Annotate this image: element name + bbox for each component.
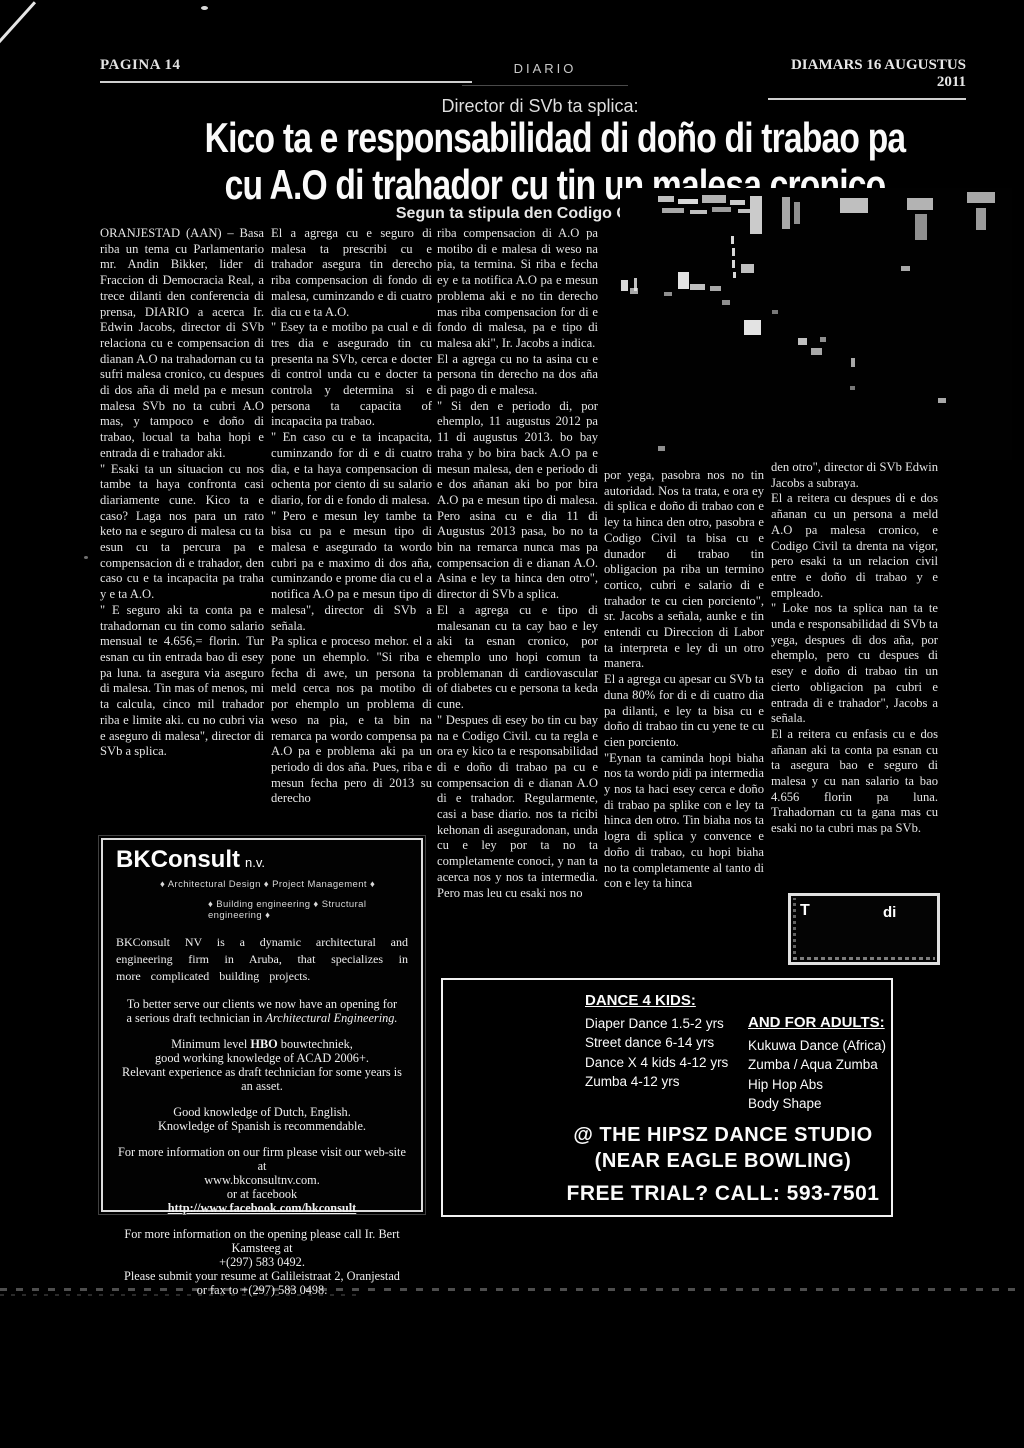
- bk-contact-line1: For more information on the opening plea…: [116, 1227, 408, 1255]
- bk-ad-body: To better serve our clients we now have …: [116, 997, 408, 1297]
- paper-name: DIARIO: [462, 61, 628, 86]
- dance-studio-line2: (NEAR EAGLE BOWLING): [563, 1148, 883, 1174]
- partial-ad-text-left: T: [800, 902, 810, 920]
- bk-req-line1: Minimum level HBO bouwtechniek,: [116, 1037, 408, 1051]
- bk-lang-line1: Good knowledge of Dutch, English.: [116, 1105, 408, 1119]
- article-column-4: por yega, pasobra nos no tin autoridad. …: [604, 468, 764, 892]
- bk-opening-line2-prefix: a serious draft technician in: [126, 1011, 265, 1025]
- paragraph: " Esey ta e motibo pa cual e di tres dia…: [271, 320, 432, 430]
- article-column-5: den otro", director di SVb Edwin Jacobs …: [771, 460, 938, 837]
- dance-kids-title: DANCE 4 KIDS:: [585, 992, 728, 1009]
- paragraph: por yega, pasobra nos no tin autoridad. …: [604, 468, 764, 672]
- headline-line1: Kico ta e responsabilidad di doño di tra…: [111, 114, 999, 161]
- bk-phone-number: +(297) 583 0492.: [116, 1255, 408, 1269]
- bk-services-line2: ♦ Building engineering ♦ Structural engi…: [208, 899, 408, 921]
- dance-kids-item: Dance X 4 kids 4-12 yrs: [585, 1053, 728, 1072]
- scan-dot: [201, 6, 208, 10]
- paragraph: " Despues di esey bo tin cu bay na e Cod…: [437, 713, 598, 901]
- bk-opening-line1: To better serve our clients we now have …: [116, 997, 408, 1011]
- bk-web-block: For more information on our firm please …: [116, 1145, 408, 1215]
- paragraph: " Loke nos ta splica nan ta te unda e re…: [771, 601, 938, 727]
- bk-services-line1: ♦ Architectural Design ♦ Project Managem…: [160, 879, 408, 890]
- news-photo: [620, 188, 1012, 460]
- bk-company-suffix: n.v.: [245, 855, 265, 870]
- dance-adults-item: Zumba / Aqua Zumba: [748, 1055, 886, 1074]
- paragraph: El a agrega cu apesar cu SVb ta duna 80%…: [604, 672, 764, 751]
- dance-kids-section: DANCE 4 KIDS: Diaper Dance 1.5-2 yrs Str…: [585, 992, 728, 1091]
- paragraph: " Pero e mesun ley tambe ta bisa cu pa e…: [271, 509, 432, 635]
- paragraph: El a reitera cu enfasis cu e dos añanan …: [771, 727, 938, 837]
- partial-ad-box: T di: [788, 893, 940, 965]
- dance-kids-item: Zumba 4-12 yrs: [585, 1072, 728, 1091]
- newspaper-page: PAGINA 14 DIARIO DIAMARS 16 AUGUSTUS 201…: [0, 0, 1024, 1448]
- bk-requirements-block: Minimum level HBO bouwtechniek, good wor…: [116, 1037, 408, 1093]
- bk-language-block: Good knowledge of Dutch, English. Knowle…: [116, 1105, 408, 1133]
- photo-speckle-art: [620, 188, 1012, 460]
- bk-req-line3: Relevant experience as draft technician …: [116, 1065, 408, 1093]
- dance-adults-item: Hip Hop Abs: [748, 1075, 886, 1094]
- bk-contact-line2: Please submit your resume at Galileistra…: [116, 1269, 408, 1283]
- paragraph: El a agrega cu e tipo di malesanan cu ta…: [437, 603, 598, 713]
- paragraph: El a agrega cu e seguro di malesa ta pre…: [271, 226, 432, 320]
- bk-company-name-row: BKConsultn.v.: [116, 846, 408, 874]
- dance-adults-section: AND FOR ADULTS: Kukuwa Dance (Africa) Zu…: [748, 1014, 886, 1113]
- paragraph: den otro", director di SVb Edwin Jacobs …: [771, 460, 938, 491]
- dance-studio-block: @ THE HIPSZ DANCE STUDIO (NEAR EAGLE BOW…: [563, 1122, 883, 1206]
- dance-adults-item: Body Shape: [748, 1094, 886, 1113]
- paragraph: El a reitera cu despues di e dos añanan …: [771, 491, 938, 601]
- dance-kids-item: Diaper Dance 1.5-2 yrs: [585, 1014, 728, 1033]
- bk-lang-line2: Knowledge of Spanish is recommendable.: [116, 1119, 408, 1133]
- article-column-1: ORANJESTAD (AAN) – Basa riba un tema cu …: [100, 226, 264, 760]
- scan-dot: [84, 556, 88, 559]
- bk-opening-line2-italic: Architectural Engineering.: [265, 1011, 397, 1025]
- dance-cta-line: FREE TRIAL? CALL: 593-7501: [563, 1182, 883, 1206]
- issue-date: DIAMARS 16 AUGUSTUS 2011: [768, 57, 966, 100]
- partial-ad-noise: [793, 957, 935, 960]
- dance-studio-ad: DANCE 4 KIDS: Diaper Dance 1.5-2 yrs Str…: [441, 978, 893, 1217]
- bk-website-url: www.bkconsultnv.com.: [116, 1173, 408, 1187]
- article-column-3: riba compensacion di A.O pa motibo di e …: [437, 226, 598, 901]
- bk-req1-bold: HBO: [250, 1037, 277, 1051]
- paragraph: " Esaki ta un situacion cu nos tambe ta …: [100, 462, 264, 603]
- bk-facebook-url: http://www.facebook.com/bkconsult: [116, 1201, 408, 1215]
- bk-info-line1: For more information on our firm please …: [116, 1145, 408, 1173]
- article-column-2: El a agrega cu e seguro di malesa ta pre…: [271, 226, 432, 807]
- bk-opening-line2: a serious draft technician in Architectu…: [116, 1011, 408, 1025]
- paragraph: " En caso cu e ta incapacita, cuminzando…: [271, 430, 432, 509]
- bk-req1-suffix: bouwtechniek,: [278, 1037, 353, 1051]
- partial-ad-noise: [793, 898, 796, 960]
- bk-company-name: BKConsult: [116, 846, 240, 873]
- paragraph: " E seguro aki ta conta pa e trahadornan…: [100, 603, 264, 760]
- page-number: PAGINA 14: [100, 57, 472, 83]
- paragraph: riba compensacion di A.O pa motibo di e …: [437, 226, 598, 352]
- bk-opening-block: To better serve our clients we now have …: [116, 997, 408, 1025]
- bk-about-text: BKConsult NV is a dynamic architectural …: [116, 934, 408, 985]
- dance-adults-title: AND FOR ADULTS:: [748, 1014, 886, 1031]
- dance-adults-item: Kukuwa Dance (Africa): [748, 1036, 886, 1055]
- paragraph: ORANJESTAD (AAN) – Basa riba un tema cu …: [100, 226, 264, 462]
- partial-ad-text-right: di: [883, 904, 896, 921]
- dance-studio-line1: @ THE HIPSZ DANCE STUDIO: [563, 1122, 883, 1148]
- bk-req1-prefix: Minimum level: [171, 1037, 250, 1051]
- scan-scratch: [0, 1, 36, 51]
- paragraph: "Eynan ta caminda hopi biaha nos ta word…: [604, 751, 764, 892]
- paragraph: El a agrega cu no ta asina cu e persona …: [437, 352, 598, 399]
- paragraph: Pa splica e proceso mehor. el a pone un …: [271, 634, 432, 807]
- bk-contact-block: For more information on the opening plea…: [116, 1227, 408, 1297]
- dance-kids-item: Street dance 6-14 yrs: [585, 1033, 728, 1052]
- bk-info-line2: or at facebook: [116, 1187, 408, 1201]
- bk-fax-line: or fax to +(297) 583 0498.: [116, 1283, 408, 1297]
- bkconsult-ad: BKConsultn.v. ♦ Architectural Design ♦ P…: [101, 838, 423, 1212]
- paragraph: " Si den e periodo di, por ehemplo, 11 a…: [437, 399, 598, 603]
- bk-req-line2: good working knowledge of ACAD 2006+.: [116, 1051, 408, 1065]
